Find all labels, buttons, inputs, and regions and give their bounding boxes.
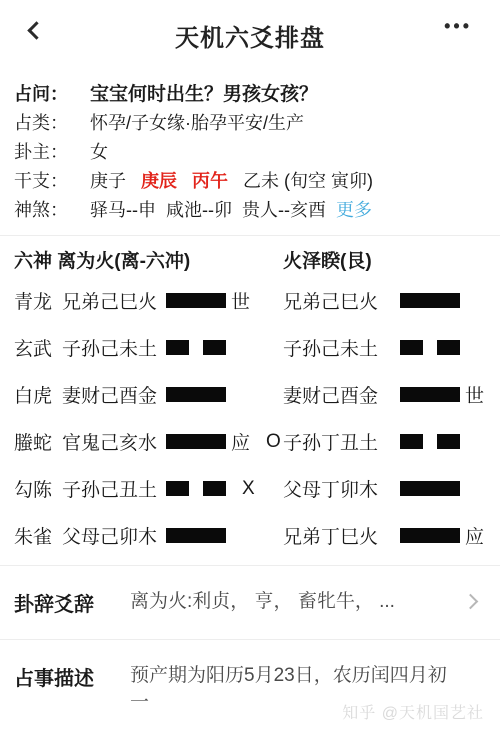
hexagram-line-row: 白虎妻财己酉金 [14, 371, 283, 418]
hexagram-line-row: 青龙兄弟己巳火世 [14, 277, 283, 324]
hexagram-line-row: 父母丁卯木 [283, 465, 500, 512]
yao-text: 兄弟丁巳火 [283, 522, 378, 549]
six-god-label: 勾陈 [14, 475, 52, 502]
six-god-label: 朱雀 [14, 522, 52, 549]
main-hexagram-column: 青龙兄弟己巳火世玄武子孙己未土白虎妻财己酉金螣蛇官鬼己亥水应O勾陈子孙己丑土X朱… [14, 277, 283, 559]
yang-line-icon [400, 293, 460, 308]
guaci-label: 卦辞爻辞 [14, 588, 114, 617]
chevron-right-icon [463, 594, 479, 610]
shensha-label: 神煞： [14, 196, 78, 225]
yang-line-icon [166, 293, 226, 308]
description-label: 占事描述 [14, 662, 114, 691]
yin-line-icon [166, 481, 226, 496]
guaci-content: 离为火:利贞， 亨， 畜牝牛， ... [130, 588, 450, 615]
yang-line-icon [166, 387, 226, 402]
yin-line-icon [400, 434, 460, 449]
ganzhi-row: 干支： 庚子 庚辰 丙午 乙未 (旬空 寅卯) [14, 167, 486, 196]
shi-ying-marker: 应 [465, 522, 484, 549]
six-god-label: 白虎 [14, 381, 52, 408]
yao-text: 子孙丁丑土 [283, 428, 378, 455]
subject-label: 卦主： [14, 138, 78, 167]
hexagram-line-row: 螣蛇官鬼己亥水应O [14, 418, 283, 465]
yao-text: 子孙己未土 [283, 334, 378, 361]
yin-line-icon [166, 340, 226, 355]
yao-text: 官鬼己亥水 [62, 428, 157, 455]
question-row: 占问： 宝宝何时出生？男孩女孩？ [14, 80, 486, 109]
yao-text: 兄弟己巳火 [62, 287, 157, 314]
yang-line-icon [400, 528, 460, 543]
yang-line-icon [400, 481, 460, 496]
hexagram-section: 六神 离为火(离-六冲) 火泽睽(艮) 青龙兄弟己巳火世玄武子孙己未土白虎妻财己… [0, 236, 500, 565]
more-link[interactable]: 更多 [336, 196, 372, 225]
hexagram-line-row: 勾陈子孙己丑土X [14, 465, 283, 512]
category-row: 占类： 怀孕/子女缘·胎孕平安/生产 [14, 109, 486, 138]
yao-text: 子孙己丑土 [62, 475, 157, 502]
hexagram-line-row: 子孙己未土 [283, 324, 500, 371]
yao-text: 妻财己酉金 [283, 381, 378, 408]
yao-text: 兄弟己巳火 [283, 287, 378, 314]
yao-text: 父母丁卯木 [283, 475, 378, 502]
ganzhi-month: 庚辰 [141, 171, 177, 191]
shi-ying-marker: 世 [231, 287, 250, 314]
yang-line-icon [400, 387, 460, 402]
category-label: 占类： [14, 109, 78, 138]
shi-ying-marker: 应 [231, 428, 250, 455]
moving-line-marker: O [266, 431, 281, 453]
six-god-label: 青龙 [14, 287, 52, 314]
hexagram-line-row: 兄弟丁巳火应 [283, 512, 500, 559]
shensha-row: 神煞： 驿马--申 咸池--卯 贵人--亥酉 更多 [14, 196, 486, 225]
divination-info: 占问： 宝宝何时出生？男孩女孩？ 占类： 怀孕/子女缘·胎孕平安/生产 卦主： … [0, 62, 500, 235]
hexagram-headers: 六神 离为火(离-六冲) 火泽睽(艮) [14, 246, 500, 273]
shi-ying-marker: 世 [465, 381, 484, 408]
main-hexagram-title: 六神 离为火(离-六冲) [14, 246, 283, 273]
page-title: 天机六爻排盘 [0, 18, 500, 53]
guaci-row[interactable]: 卦辞爻辞 离为火:利贞， 亨， 畜牝牛， ... [0, 566, 500, 639]
hexagram-line-row: 妻财己酉金世 [283, 371, 500, 418]
moving-line-marker: X [242, 478, 255, 500]
yang-line-icon [166, 528, 226, 543]
subject-value: 女 [90, 138, 108, 167]
yang-line-icon [166, 434, 226, 449]
six-god-label: 玄武 [14, 334, 52, 361]
watermark: 知乎 @天机国艺社 [342, 700, 484, 723]
ganzhi-day: 丙午 [192, 171, 228, 191]
question-label: 占问： [14, 80, 78, 109]
yao-text: 子孙己未土 [62, 334, 157, 361]
ganzhi-hour-void: 乙未 (旬空 寅卯) [243, 171, 373, 191]
category-value: 怀孕/子女缘·胎孕平安/生产 [90, 109, 304, 138]
subject-row: 卦主： 女 [14, 138, 486, 167]
top-bar: 天机六爻排盘 ••• [0, 0, 500, 62]
question-value: 宝宝何时出生？男孩女孩？ [90, 80, 318, 109]
six-god-label: 螣蛇 [14, 428, 52, 455]
more-menu-icon[interactable]: ••• [444, 16, 472, 37]
changed-hexagram-column: 兄弟己巳火子孙己未土妻财己酉金世子孙丁丑土父母丁卯木兄弟丁巳火应 [283, 277, 500, 559]
ganzhi-year: 庚子 [90, 171, 126, 191]
hexagram-line-row: 兄弟己巳火 [283, 277, 500, 324]
hexagram-line-row: 玄武子孙己未土 [14, 324, 283, 371]
yin-line-icon [400, 340, 460, 355]
ganzhi-value: 庚子 庚辰 丙午 乙未 (旬空 寅卯) [90, 167, 383, 196]
ganzhi-label: 干支： [14, 167, 78, 196]
shensha-value: 驿马--申 咸池--卯 贵人--亥酉 [90, 196, 326, 225]
changed-hexagram-title: 火泽睽(艮) [283, 246, 500, 273]
hexagram-line-row: 子孙丁丑土 [283, 418, 500, 465]
yao-text: 父母己卯木 [62, 522, 157, 549]
hexagram-line-row: 朱雀父母己卯木 [14, 512, 283, 559]
yao-text: 妻财己酉金 [62, 381, 157, 408]
